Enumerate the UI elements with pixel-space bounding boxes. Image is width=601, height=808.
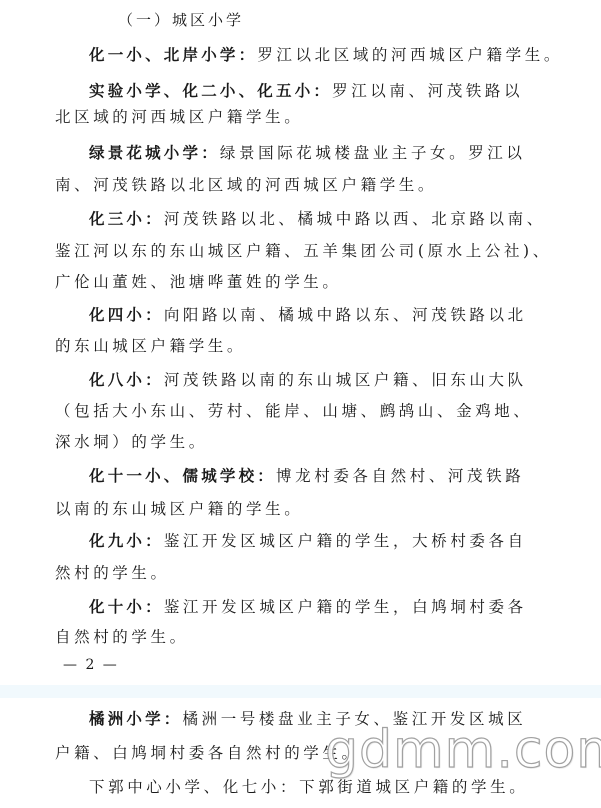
paragraph-11-line-1: 下郭中心小学、化七小：下郭街道城区户籍的学生。 [89,777,528,797]
paragraph-7-line-1: 化十一小、儒城学校：博龙村委各自然村、河茂铁路 [89,466,524,486]
paragraph-6-line-3: 深水垌）的学生。 [55,432,208,452]
page-separator [0,685,601,698]
paragraph-6-line-1: 化八小：河茂铁路以南的东山城区户籍、旧东山大队 [89,370,527,390]
school-name: 橘洲小学： [89,710,183,728]
school-name: 化八小： [89,371,164,389]
paragraph-8-line-1: 化九小：鉴江开发区城区户籍的学生，大桥村委各自 [89,531,527,551]
paragraph-text: 河茂铁路以北、橘城中路以西、北京路以南、 [164,210,546,228]
paragraph-text: 鉴江开发区城区户籍的学生，大桥村委各自 [164,532,527,550]
school-name: 绿景花城小学： [89,144,220,162]
paragraph-text: 河茂铁路以南的东山城区户籍、旧东山大队 [164,371,527,389]
paragraph-9-line-2: 自然村的学生。 [55,627,189,647]
document-page-1: （一）城区小学 化一小、北岸小学：罗江以北区域的河西城区户籍学生。 实验小学、化… [0,0,601,685]
paragraph-text: 向阳路以南、橘城中路以东、河茂铁路以北 [164,306,527,324]
school-name: 下郭中心小学、化七小： [89,778,299,796]
paragraph-3-line-1: 绿景花城小学：绿景国际花城楼盘业主子女。罗江以 [89,143,526,163]
paragraph-4-line-3: 广伦山董姓、池塘哗董姓的学生。 [55,272,342,292]
paragraph-text: 下郭街道城区户籍的学生。 [299,778,528,796]
school-name: 化一小、北岸小学： [89,46,257,64]
paragraph-text: 博龙村委各自然村、河茂铁路 [276,467,524,485]
watermark: gdmm.com [325,724,601,776]
paragraph-4-line-2: 鉴江河以东的东山城区户籍、五羊集团公司(原水上公社)、 [55,241,552,261]
school-name: 化四小： [89,306,164,324]
paragraph-1-line-1: 化一小、北岸小学：罗江以北区域的河西城区户籍学生。 [89,45,563,65]
paragraph-text: 绿景国际花城楼盘业主子女。罗江以 [220,144,526,162]
paragraph-text: 鉴江开发区城区户籍的学生，白鸠垌村委各 [164,598,527,616]
paragraph-3-line-2: 南、河茂铁路以北区域的河西城区户籍学生。 [55,175,437,195]
paragraph-8-line-2: 然村的学生。 [55,563,170,583]
paragraph-2-line-2: 北区域的河西城区户籍学生。 [55,107,303,127]
page-number: — 2 — [63,655,119,675]
paragraph-text: 罗江以南、河茂铁路以 [332,82,523,100]
paragraph-6-line-2: （包括大小东山、劳村、能岸、山塘、鹧鸪山、金鸡地、 [55,401,533,421]
school-name: 实验小学、化二小、化五小： [89,82,332,100]
paragraph-9-line-1: 化十小：鉴江开发区城区户籍的学生，白鸠垌村委各 [89,597,527,617]
school-name: 化十小： [89,598,164,616]
paragraph-7-line-2: 以南的东山城区户籍的学生。 [55,499,303,519]
paragraph-5-line-2: 的东山城区户籍学生。 [55,336,246,356]
school-name: 化三小： [89,210,164,228]
paragraph-5-line-1: 化四小：向阳路以南、橘城中路以东、河茂铁路以北 [89,305,527,325]
paragraph-text: 罗江以北区域的河西城区户籍学生。 [257,46,563,64]
school-name: 化十一小、儒城学校： [89,467,276,485]
section-heading: （一）城区小学 [118,10,244,30]
paragraph-4-line-1: 化三小：河茂铁路以北、橘城中路以西、北京路以南、 [89,209,546,229]
paragraph-2-line-1: 实验小学、化二小、化五小：罗江以南、河茂铁路以 [89,81,523,101]
paragraph-10-line-2: 户籍、白鸠垌村委各自然村的学生。 [55,743,361,763]
school-name: 化九小： [89,532,164,550]
